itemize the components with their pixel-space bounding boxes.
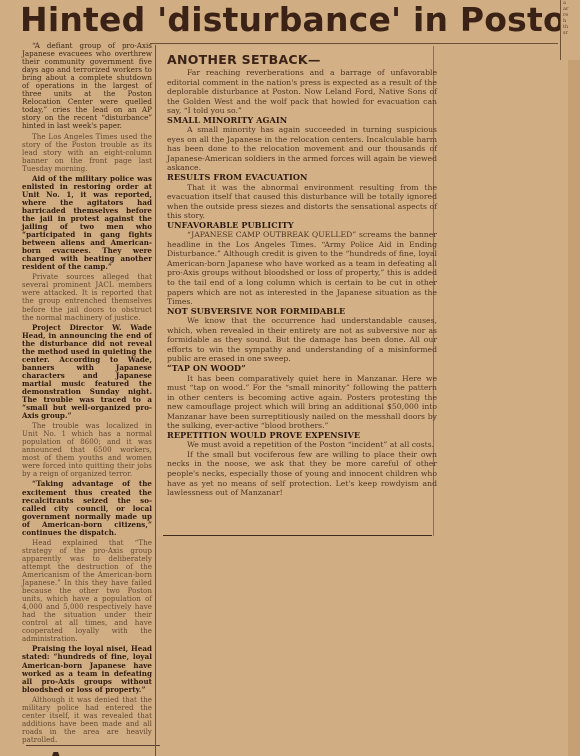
editorial-paragraph: We know that the occurrence had understa…	[167, 316, 437, 364]
story-paragraph: “Taking advantage of the excitement thus…	[22, 480, 152, 536]
story-paragraph: Project Director W. Wade Head, in announ…	[22, 324, 152, 421]
story-paragraph: Head explained that “The strategy of the…	[22, 539, 152, 644]
fragment-text: sr	[561, 30, 580, 36]
editorial-title: ANOTHER SETBACK—	[167, 52, 321, 67]
story-paragraph: Although it was denied that the military…	[22, 696, 152, 744]
story-paragraph: Private sources alleged that several pro…	[22, 273, 152, 321]
editorial-paragraph: We must avoid a repetition of the Poston…	[167, 440, 437, 450]
editorial-paragraph: That it was the abnormal environment res…	[167, 183, 437, 221]
editorial-paragraph: If the small but vociferous few are will…	[167, 450, 437, 498]
editorial-subheading: SMALL MINORITY AGAIN	[167, 116, 437, 126]
editorial-subheading: “TAP ON WOOD”	[167, 364, 437, 374]
story-paragraph: Aid of the military police was enlisted …	[22, 175, 152, 272]
headline-rule	[150, 43, 558, 44]
editorial-subheading: REPETITION WOULD PROVE EXPENSIVE	[167, 431, 437, 441]
editorial-paragraph: Far reaching reverberations and a barrag…	[167, 68, 437, 116]
editorial-end-rule	[163, 535, 432, 536]
editorial-paragraph: “JAPANESE CAMP OUTBREAK QUELLED” screams…	[167, 230, 437, 306]
column-divider	[155, 45, 156, 756]
editorial-paragraph: It has been comparatively quiet here in …	[167, 374, 437, 431]
headline: Hinted 'disturbance' in Poston Revealed	[20, 0, 540, 40]
story-paragraph: The Los Angeles Times used the story of …	[22, 133, 152, 173]
editorial-body: Far reaching reverberations and a barrag…	[167, 68, 437, 498]
news-story-column: “A defiant group of pro-Axis Japanese ev…	[22, 42, 152, 746]
story-paragraph: Praising the loyal nisei, Head stated: “…	[22, 645, 152, 693]
partial-next-headline: A H	[48, 745, 148, 756]
adjacent-column-fragment: aarrehthsr	[560, 0, 580, 60]
editorial-paragraph: A small minority has again succeeded in …	[167, 125, 437, 173]
story-paragraph: The trouble was localized in Unit No. 1 …	[22, 422, 152, 478]
editorial-box: ANOTHER SETBACK— Far reaching reverberat…	[158, 46, 434, 536]
story-paragraph: “A defiant group of pro-Axis Japanese ev…	[22, 42, 152, 131]
editorial-subheading: RESULTS FROM EVACUATION	[167, 173, 437, 183]
editorial-subheading: UNFAVORABLE PUBLICITY	[167, 221, 437, 231]
editorial-subheading: NOT SUBVERSIVE NOR FORMIDABLE	[167, 307, 437, 317]
